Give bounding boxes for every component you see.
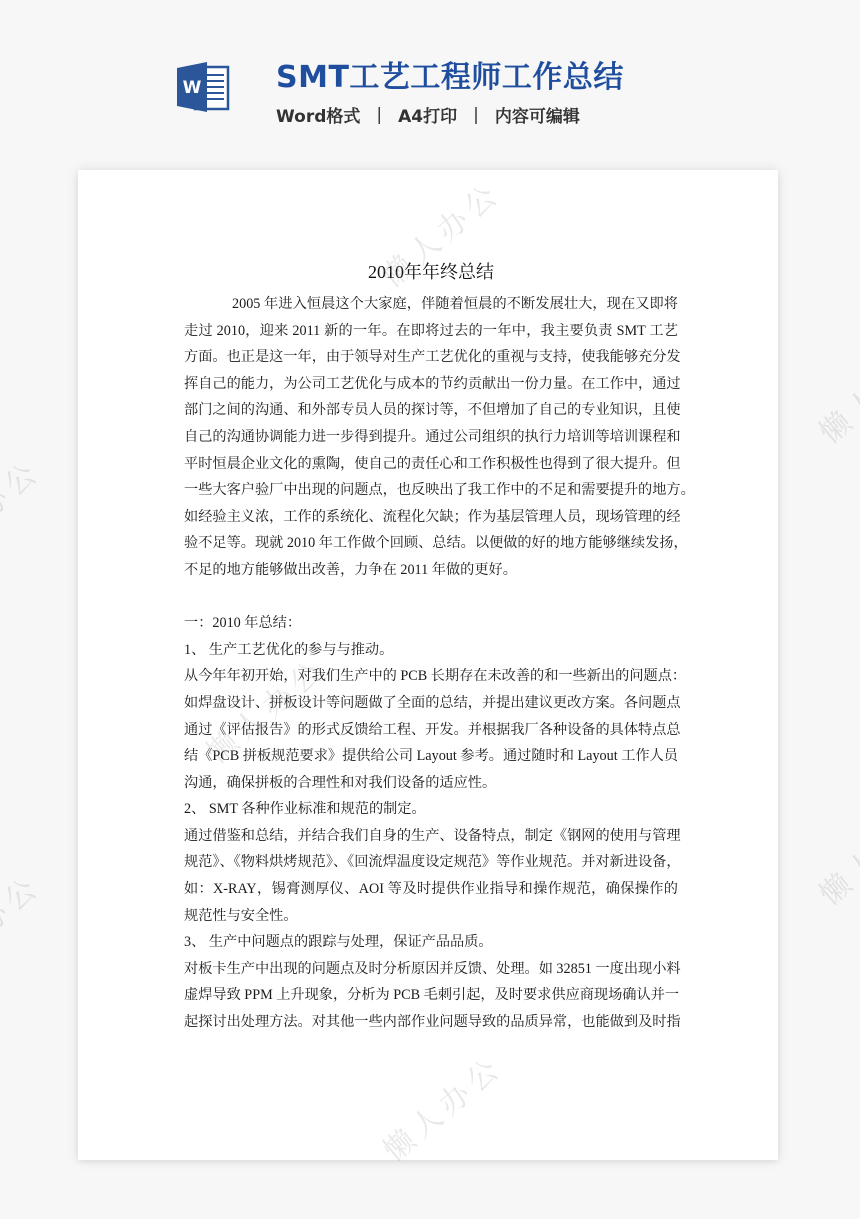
subsection-heading: 3、 生产中问题点的跟踪与处理，保证产品品质。 — [184, 929, 678, 956]
paragraph-line: 部门之间的沟通、和外部专员人员的探讨等，不但增加了自己的专业知识，且使 — [184, 397, 678, 424]
tag-separator: | — [473, 105, 479, 125]
watermark: 懒人办公 — [808, 325, 860, 451]
svg-text:W: W — [183, 78, 202, 98]
paragraph-line: 规范》、《物料烘烤规范》、《回流焊温度设定规范》等作业规范。并对新进设备， — [184, 849, 678, 876]
subsection-heading: 1、 生产工艺优化的参与与推动。 — [184, 637, 678, 664]
paragraph-line: 如焊盘设计、拼板设计等问题做了全面的总结，并提出建议更改方案。各问题点 — [184, 690, 678, 717]
paragraph-line: 起探讨出处理方法。对其他一些内部作业问题导致的品质异常，也能做到及时指 — [184, 1009, 678, 1036]
blank-line — [184, 584, 678, 611]
header-banner: W SMT工艺工程师工作总结 Word格式 | A4打印 | 内容可编辑 — [0, 0, 860, 170]
paragraph-line: 如：X-RAY，锡膏测厚仪、AOI 等及时提供作业指导和操作规范，确保操作的 — [184, 876, 678, 903]
paragraph-line: 对板卡生产中出现的问题点及时分析原因并反馈、处理。如 32851 一度出现小料 — [184, 956, 678, 983]
paragraph-line: 虚焊导致 PPM 上升现象，分析为 PCB 毛刺引起，及时要求供应商现场确认并一 — [184, 982, 678, 1009]
paragraph-line: 如经验主义浓，工作的系统化、流程化欠缺；作为基层管理人员，现场管理的经 — [184, 504, 678, 531]
paragraph-line: 结《PCB 拼板规范要求》提供给公司 Layout 参考。通过随时和 Layou… — [184, 743, 678, 770]
watermark: 懒人办公 — [0, 447, 49, 573]
paragraph-line: 平时恒晨企业文化的熏陶，使自己的责任心和工作积极性也得到了很大提升。但 — [184, 451, 678, 478]
paragraph-line: 2005 年进入恒晨这个大家庭，伴随着恒晨的不断发展壮大，现在又即将 — [184, 291, 678, 318]
section-heading: 一：2010 年总结： — [184, 610, 678, 637]
paragraph-line: 挥自己的能力，为公司工艺优化与成本的节约贡献出一份力量。在工作中，通过 — [184, 371, 678, 398]
document-body: 2005 年进入恒晨这个大家庭，伴随着恒晨的不断发展壮大，现在又即将 走过 20… — [184, 291, 678, 1036]
paragraph-line: 通过《评估报告》的形式反馈给工程、开发。并根据我厂各种设备的具体特点总 — [184, 717, 678, 744]
paragraph-line: 验不足等。现就 2010 年工作做个回顾、总结。以便做的好的地方能够继续发扬， — [184, 530, 678, 557]
paragraph-line: 规范性与安全性。 — [184, 903, 678, 930]
tag-separator: | — [376, 105, 382, 125]
paragraph-line: 通过借鉴和总结，并结合我们自身的生产、设备特点，制定《钢网的使用与管理 — [184, 823, 678, 850]
paragraph-line: 方面。也正是这一年，由于领导对生产工艺优化的重视与支持，使我能够充分发 — [184, 344, 678, 371]
paragraph-line: 从今年年初开始，对我们生产中的 PCB 长期存在未改善的和一些新出的问题点： — [184, 663, 678, 690]
watermark: 懒人办公 — [0, 862, 49, 988]
banner-tags: Word格式 | A4打印 | 内容可编辑 — [276, 102, 580, 127]
watermark: 懒人办公 — [808, 787, 860, 913]
banner-title: SMT工艺工程师工作总结 — [276, 52, 624, 96]
paragraph-line: 不足的地方能够做出改善，力争在 2011 年做的更好。 — [184, 557, 678, 584]
paragraph-line: 沟通，确保拼板的合理性和对我们设备的适应性。 — [184, 770, 678, 797]
paragraph-line: 自己的沟通协调能力进一步得到提升。通过公司组织的执行力培训等培训课程和 — [184, 424, 678, 451]
paragraph-line: 走过 2010，迎来 2011 新的一年。在即将过去的一年中，我主要负责 SMT… — [184, 318, 678, 345]
tag-editable: 内容可编辑 — [495, 102, 580, 127]
tag-word-format: Word格式 — [276, 102, 360, 127]
document-title: 2010年年终总结 — [184, 260, 678, 284]
document-page: 2010年年终总结 2005 年进入恒晨这个大家庭，伴随着恒晨的不断发展壮大，现… — [78, 170, 778, 1160]
subsection-heading: 2、 SMT 各种作业标准和规范的制定。 — [184, 796, 678, 823]
tag-a4-print: A4打印 — [398, 102, 457, 127]
paragraph-line: 一些大客户验厂中出现的问题点，也反映出了我工作中的不足和需要提升的地方。 — [184, 477, 678, 504]
word-icon: W — [175, 60, 231, 114]
